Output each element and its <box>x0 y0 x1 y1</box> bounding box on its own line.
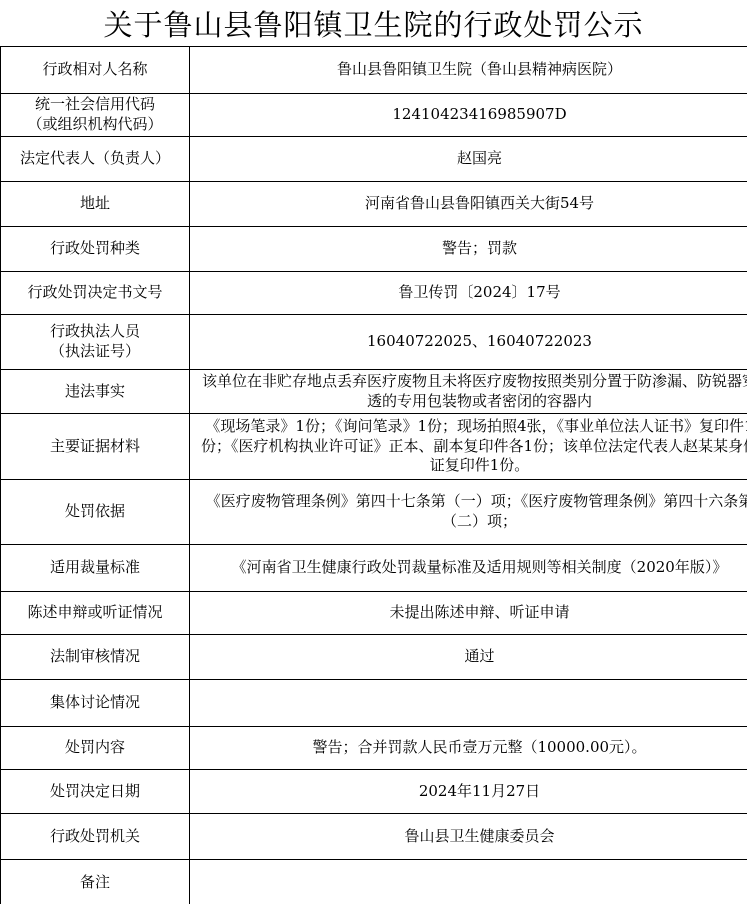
row-label: 法定代表人（负责人） <box>1 137 190 182</box>
table-row-penalty-type: 行政处罚种类 警告；罚款 <box>1 227 747 272</box>
table-row-penalty-content: 处罚内容 警告；合并罚款人民币壹万元整（10000.00元）。 <box>1 727 747 770</box>
row-value: 警告；罚款 <box>190 227 747 272</box>
row-value: 鲁卫传罚〔2024〕17号 <box>190 272 747 315</box>
table-row-evidence: 主要证据材料 《现场笔录》1份；《询问笔录》1份；现场拍照4张，《事业单位法人证… <box>1 414 747 480</box>
page-title: 关于鲁山县鲁阳镇卫生院的行政处罚公示 <box>0 0 747 46</box>
table-row-decision-number: 行政处罚决定书文号 鲁卫传罚〔2024〕17号 <box>1 272 747 315</box>
row-value: 2024年11月27日 <box>190 770 747 814</box>
row-value <box>190 680 747 727</box>
row-label: 陈述申辩或听证情况 <box>1 592 190 635</box>
penalty-notice-page: 关于鲁山县鲁阳镇卫生院的行政处罚公示 行政相对人名称 鲁山县鲁阳镇卫生院（鲁山县… <box>0 0 747 904</box>
row-value: 赵国亮 <box>190 137 747 182</box>
row-label: 行政相对人名称 <box>1 47 190 94</box>
table-row-penalty-authority: 行政处罚机关 鲁山县卫生健康委员会 <box>1 814 747 860</box>
table-row-decision-date: 处罚决定日期 2024年11月27日 <box>1 770 747 814</box>
table-row-credit-code: 统一社会信用代码 （或组织机构代码） 12410423416985907D <box>1 94 747 137</box>
row-value: 警告；合并罚款人民币壹万元整（10000.00元）。 <box>190 727 747 770</box>
row-label: 处罚决定日期 <box>1 770 190 814</box>
row-value: 河南省鲁山县鲁阳镇西关大街54号 <box>190 182 747 227</box>
row-label: 地址 <box>1 182 190 227</box>
table-row-statement-hearing: 陈述申辩或听证情况 未提出陈述申辩、听证申请 <box>1 592 747 635</box>
table-row-remarks: 备注 <box>1 860 747 904</box>
row-label: 法制审核情况 <box>1 635 190 680</box>
row-label: 行政处罚机关 <box>1 814 190 860</box>
row-label: 违法事实 <box>1 370 190 414</box>
row-label: 集体讨论情况 <box>1 680 190 727</box>
row-label: 备注 <box>1 860 190 904</box>
row-value: 《河南省卫生健康行政处罚裁量标准及适用规则等相关制度（2020年版）》 <box>190 545 747 592</box>
table-row-penalty-basis: 处罚依据 《医疗废物管理条例》第四十七条第（一）项；《医疗废物管理条例》第四十六… <box>1 480 747 545</box>
table-row-enforcement-officers: 行政执法人员 （执法证号） 16040722025、16040722023 <box>1 315 747 370</box>
penalty-table: 行政相对人名称 鲁山县鲁阳镇卫生院（鲁山县精神病医院） 统一社会信用代码 （或组… <box>0 46 747 904</box>
table-row-subject: 行政相对人名称 鲁山县鲁阳镇卫生院（鲁山县精神病医院） <box>1 47 747 94</box>
row-value: 12410423416985907D <box>190 94 747 137</box>
table-row-collective-discussion: 集体讨论情况 <box>1 680 747 727</box>
row-label: 统一社会信用代码 （或组织机构代码） <box>1 94 190 137</box>
table-row-illegal-facts: 违法事实 该单位在非贮存地点丢弃医疗废物且未将医疗废物按照类别分置于防渗漏、防锐… <box>1 370 747 414</box>
row-label: 行政处罚决定书文号 <box>1 272 190 315</box>
table-row-address: 地址 河南省鲁山县鲁阳镇西关大街54号 <box>1 182 747 227</box>
row-label: 处罚内容 <box>1 727 190 770</box>
row-value <box>190 860 747 904</box>
row-value: 通过 <box>190 635 747 680</box>
table-row-discretion-standard: 适用裁量标准 《河南省卫生健康行政处罚裁量标准及适用规则等相关制度（2020年版… <box>1 545 747 592</box>
row-value: 未提出陈述申辩、听证申请 <box>190 592 747 635</box>
row-value: 该单位在非贮存地点丢弃医疗废物且未将医疗废物按照类别分置于防渗漏、防锐器穿透的专… <box>190 370 747 414</box>
row-value: 鲁山县卫生健康委员会 <box>190 814 747 860</box>
row-label: 行政执法人员 （执法证号） <box>1 315 190 370</box>
table-row-legal-representative: 法定代表人（负责人） 赵国亮 <box>1 137 747 182</box>
row-value: 《医疗废物管理条例》第四十七条第（一）项；《医疗废物管理条例》第四十六条第（二）… <box>190 480 747 545</box>
table-row-legal-review: 法制审核情况 通过 <box>1 635 747 680</box>
row-value: 鲁山县鲁阳镇卫生院（鲁山县精神病医院） <box>190 47 747 94</box>
row-label: 行政处罚种类 <box>1 227 190 272</box>
row-value: 16040722025、16040722023 <box>190 315 747 370</box>
row-label: 适用裁量标准 <box>1 545 190 592</box>
row-label: 处罚依据 <box>1 480 190 545</box>
row-label: 主要证据材料 <box>1 414 190 480</box>
row-value: 《现场笔录》1份；《询问笔录》1份；现场拍照4张，《事业单位法人证书》复印件1份… <box>190 414 747 480</box>
